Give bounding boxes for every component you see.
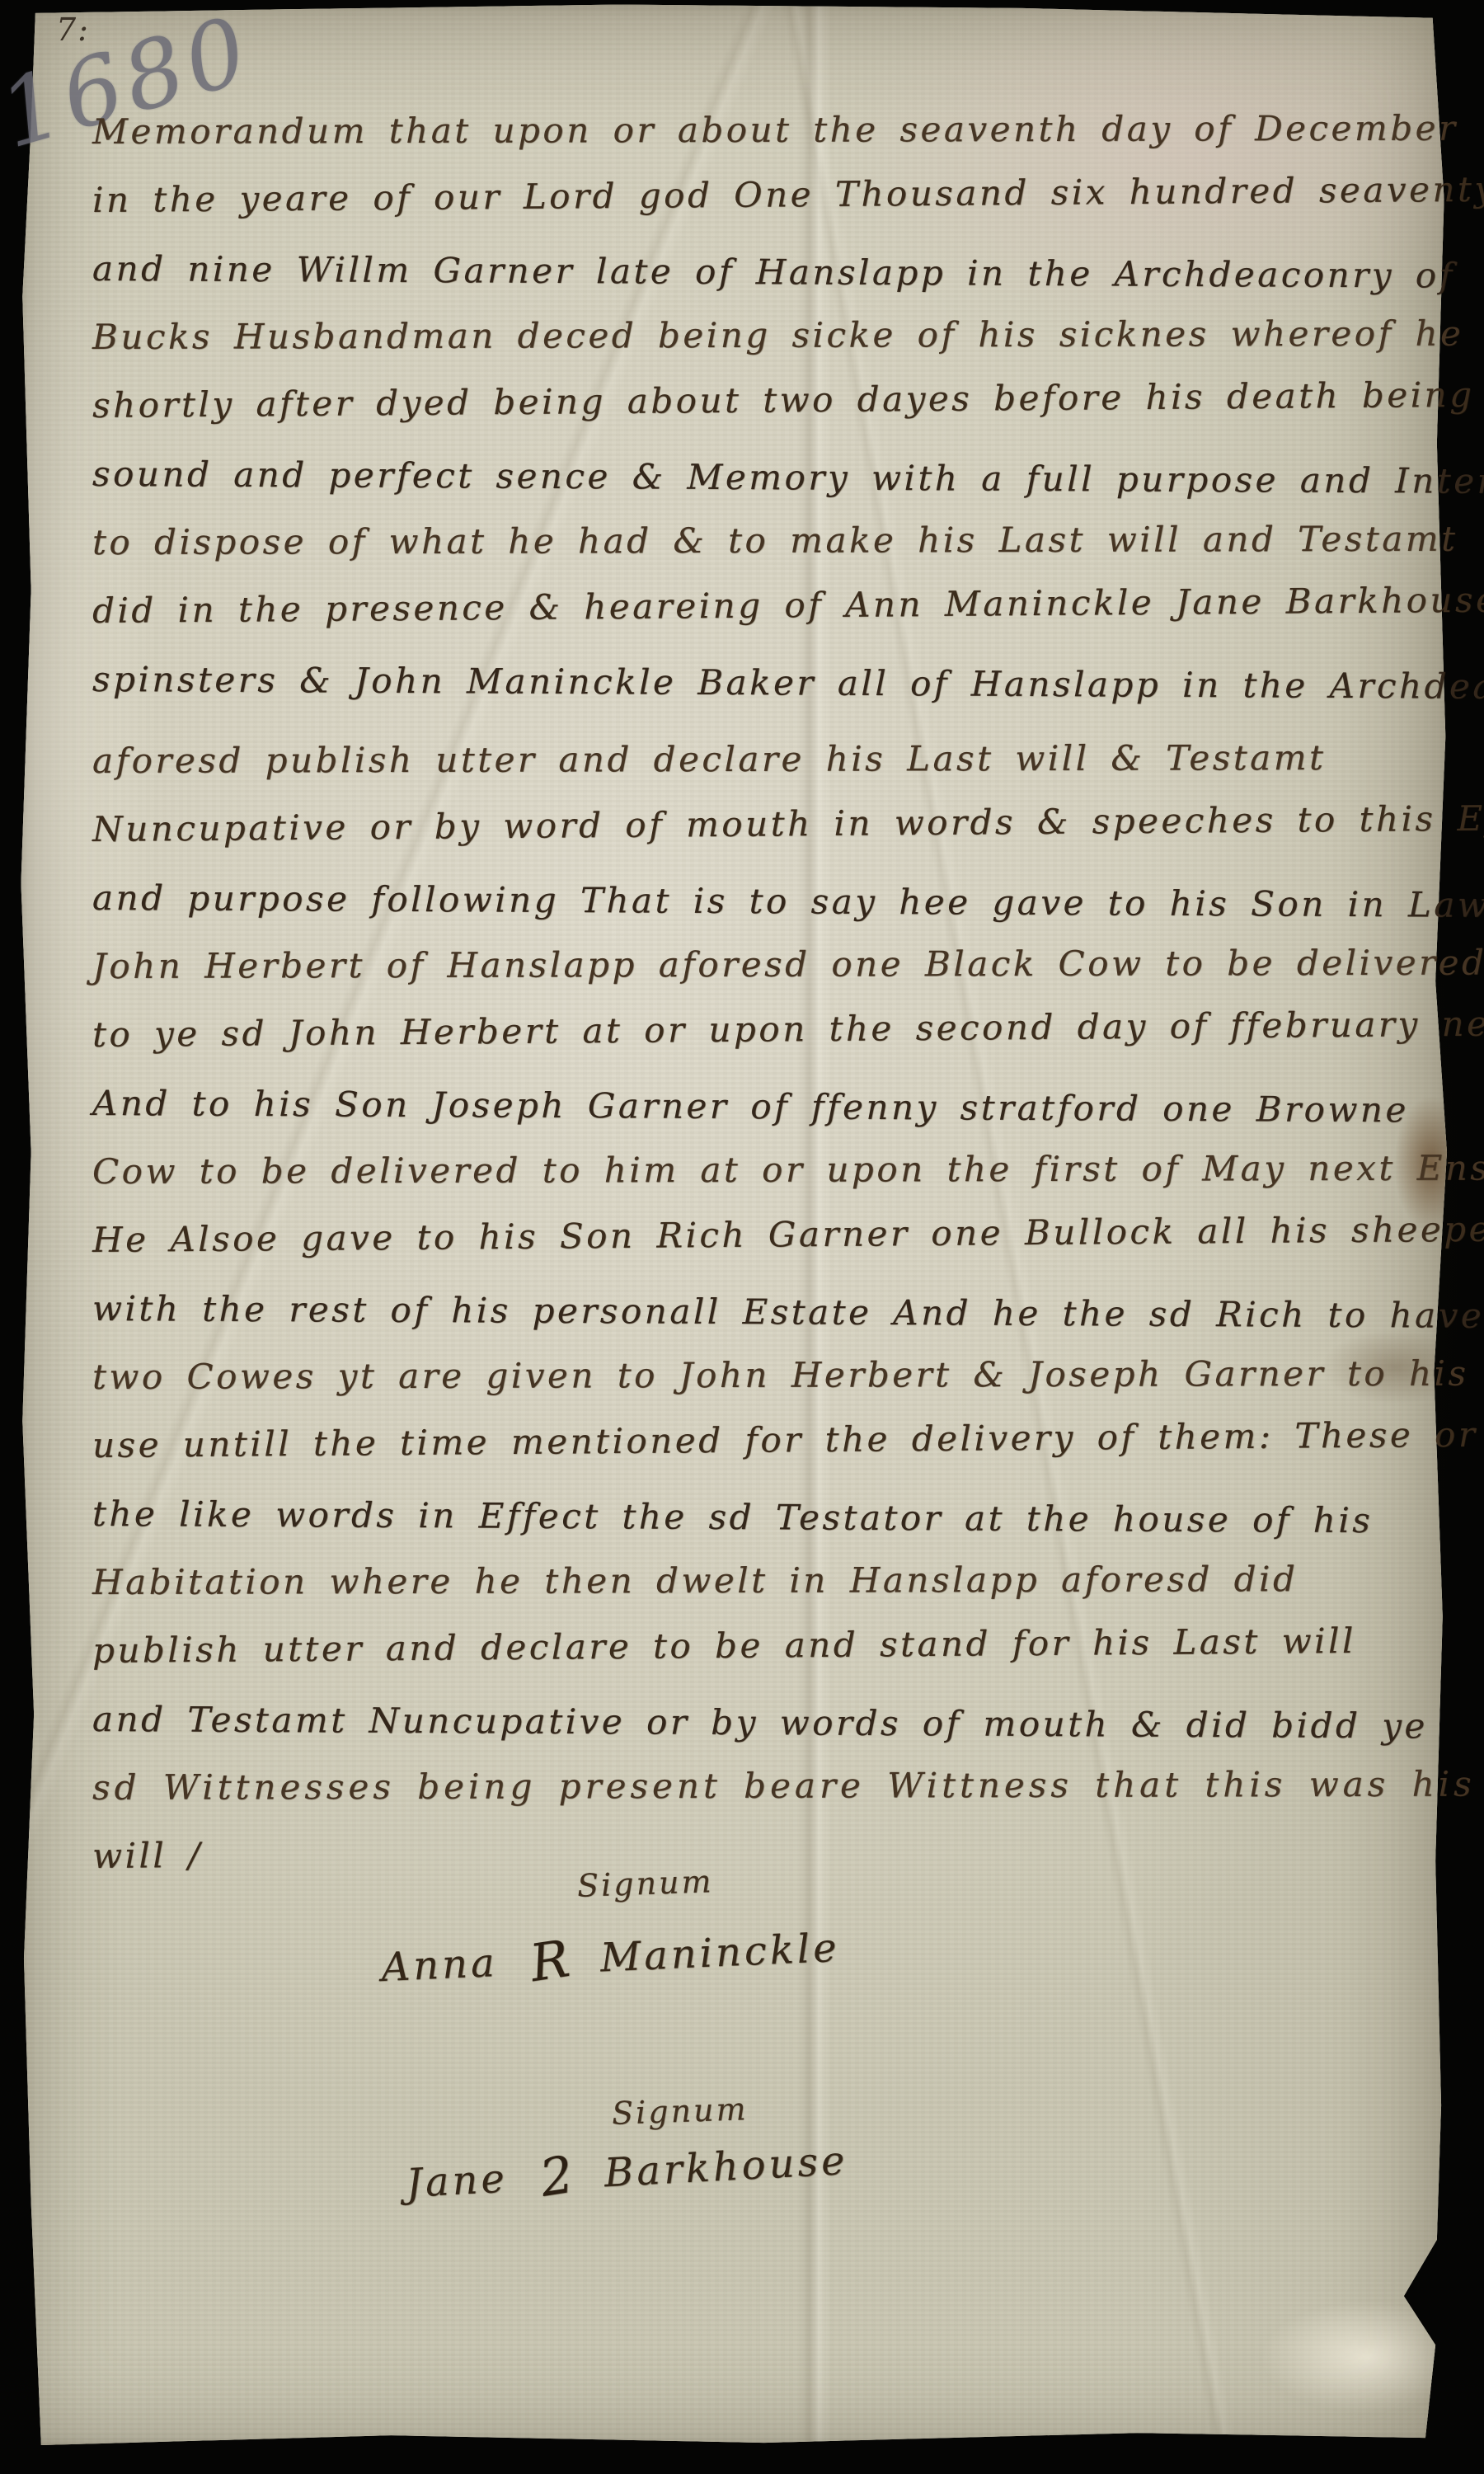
manuscript-line: use untill the time mentioned for the de… [92,1400,1429,1479]
manuscript-line: Memorandum that upon or about the seaven… [92,94,1428,166]
manuscript-line: did in the presence & heareing of Ann Ma… [92,566,1429,645]
manuscript-line: in the yeare of our Lord god One Thousan… [92,155,1429,234]
manuscript-line: and nine Willm Garner late of Hanslapp i… [92,234,1428,309]
manuscript-line: John Herbert of Hanslapp aforesd one Bla… [92,929,1428,1000]
manuscript-line: Nuncupative or by word of mouth in words… [92,784,1429,863]
manuscript-line: and Testamt Nuncupative or by words of m… [92,1685,1428,1760]
manuscript-line: to ye sd John Herbert at or upon the sec… [92,990,1429,1069]
manuscript-line: He Alsoe gave to his Son Rich Garner one… [92,1195,1429,1274]
manuscript-line: shortly after dyed being about two dayes… [92,360,1429,440]
manuscript-text: Memorandum that upon or about the seaven… [92,97,1428,1890]
manuscript-line: publish utter and declare to be and stan… [92,1606,1429,1685]
signature-surname: Barkhouse [603,2138,849,2196]
manuscript-line: spinsters & John Maninckle Baker all of … [92,645,1428,720]
manuscript-line: Cow to be delivered to him at or upon th… [92,1134,1428,1206]
signature-forename: Anna [380,1940,498,1991]
manuscript-line: two Cowes yt are given to John Herbert &… [92,1339,1428,1411]
manuscript-line: aforesd publish utter and declare his La… [92,723,1428,795]
manuscript-line: Bucks Husbandman deced being sicke of hi… [92,299,1428,371]
manuscript-line: sound and perfect sence & Memory with a … [92,440,1428,515]
signum-label: Signum [576,1863,714,1904]
signature-surname: Maninckle [599,1925,841,1982]
photo-background: 7: 1680 Memorandum that upon or about th… [0,0,1484,2474]
manuscript-line: And to his Son Joseph Garner of ffenny s… [92,1069,1428,1144]
manuscript-line: sd Wittnesses being present beare Wittne… [92,1750,1428,1822]
manuscript-line: Habitation where he then dwelt in Hansla… [92,1545,1428,1616]
manuscript-line: the like words in Effect the sd Testator… [92,1479,1428,1554]
signature-forename: Jane [405,2156,509,2207]
signum-label: Signum [611,2091,749,2132]
manuscript-line: and purpose following That is to say hee… [92,863,1428,938]
manuscript-line: to dispose of what he had & to make his … [92,505,1428,576]
manuscript-line: will / [92,1811,1429,1890]
manuscript-line: with the rest of his personall Estate An… [92,1274,1428,1349]
